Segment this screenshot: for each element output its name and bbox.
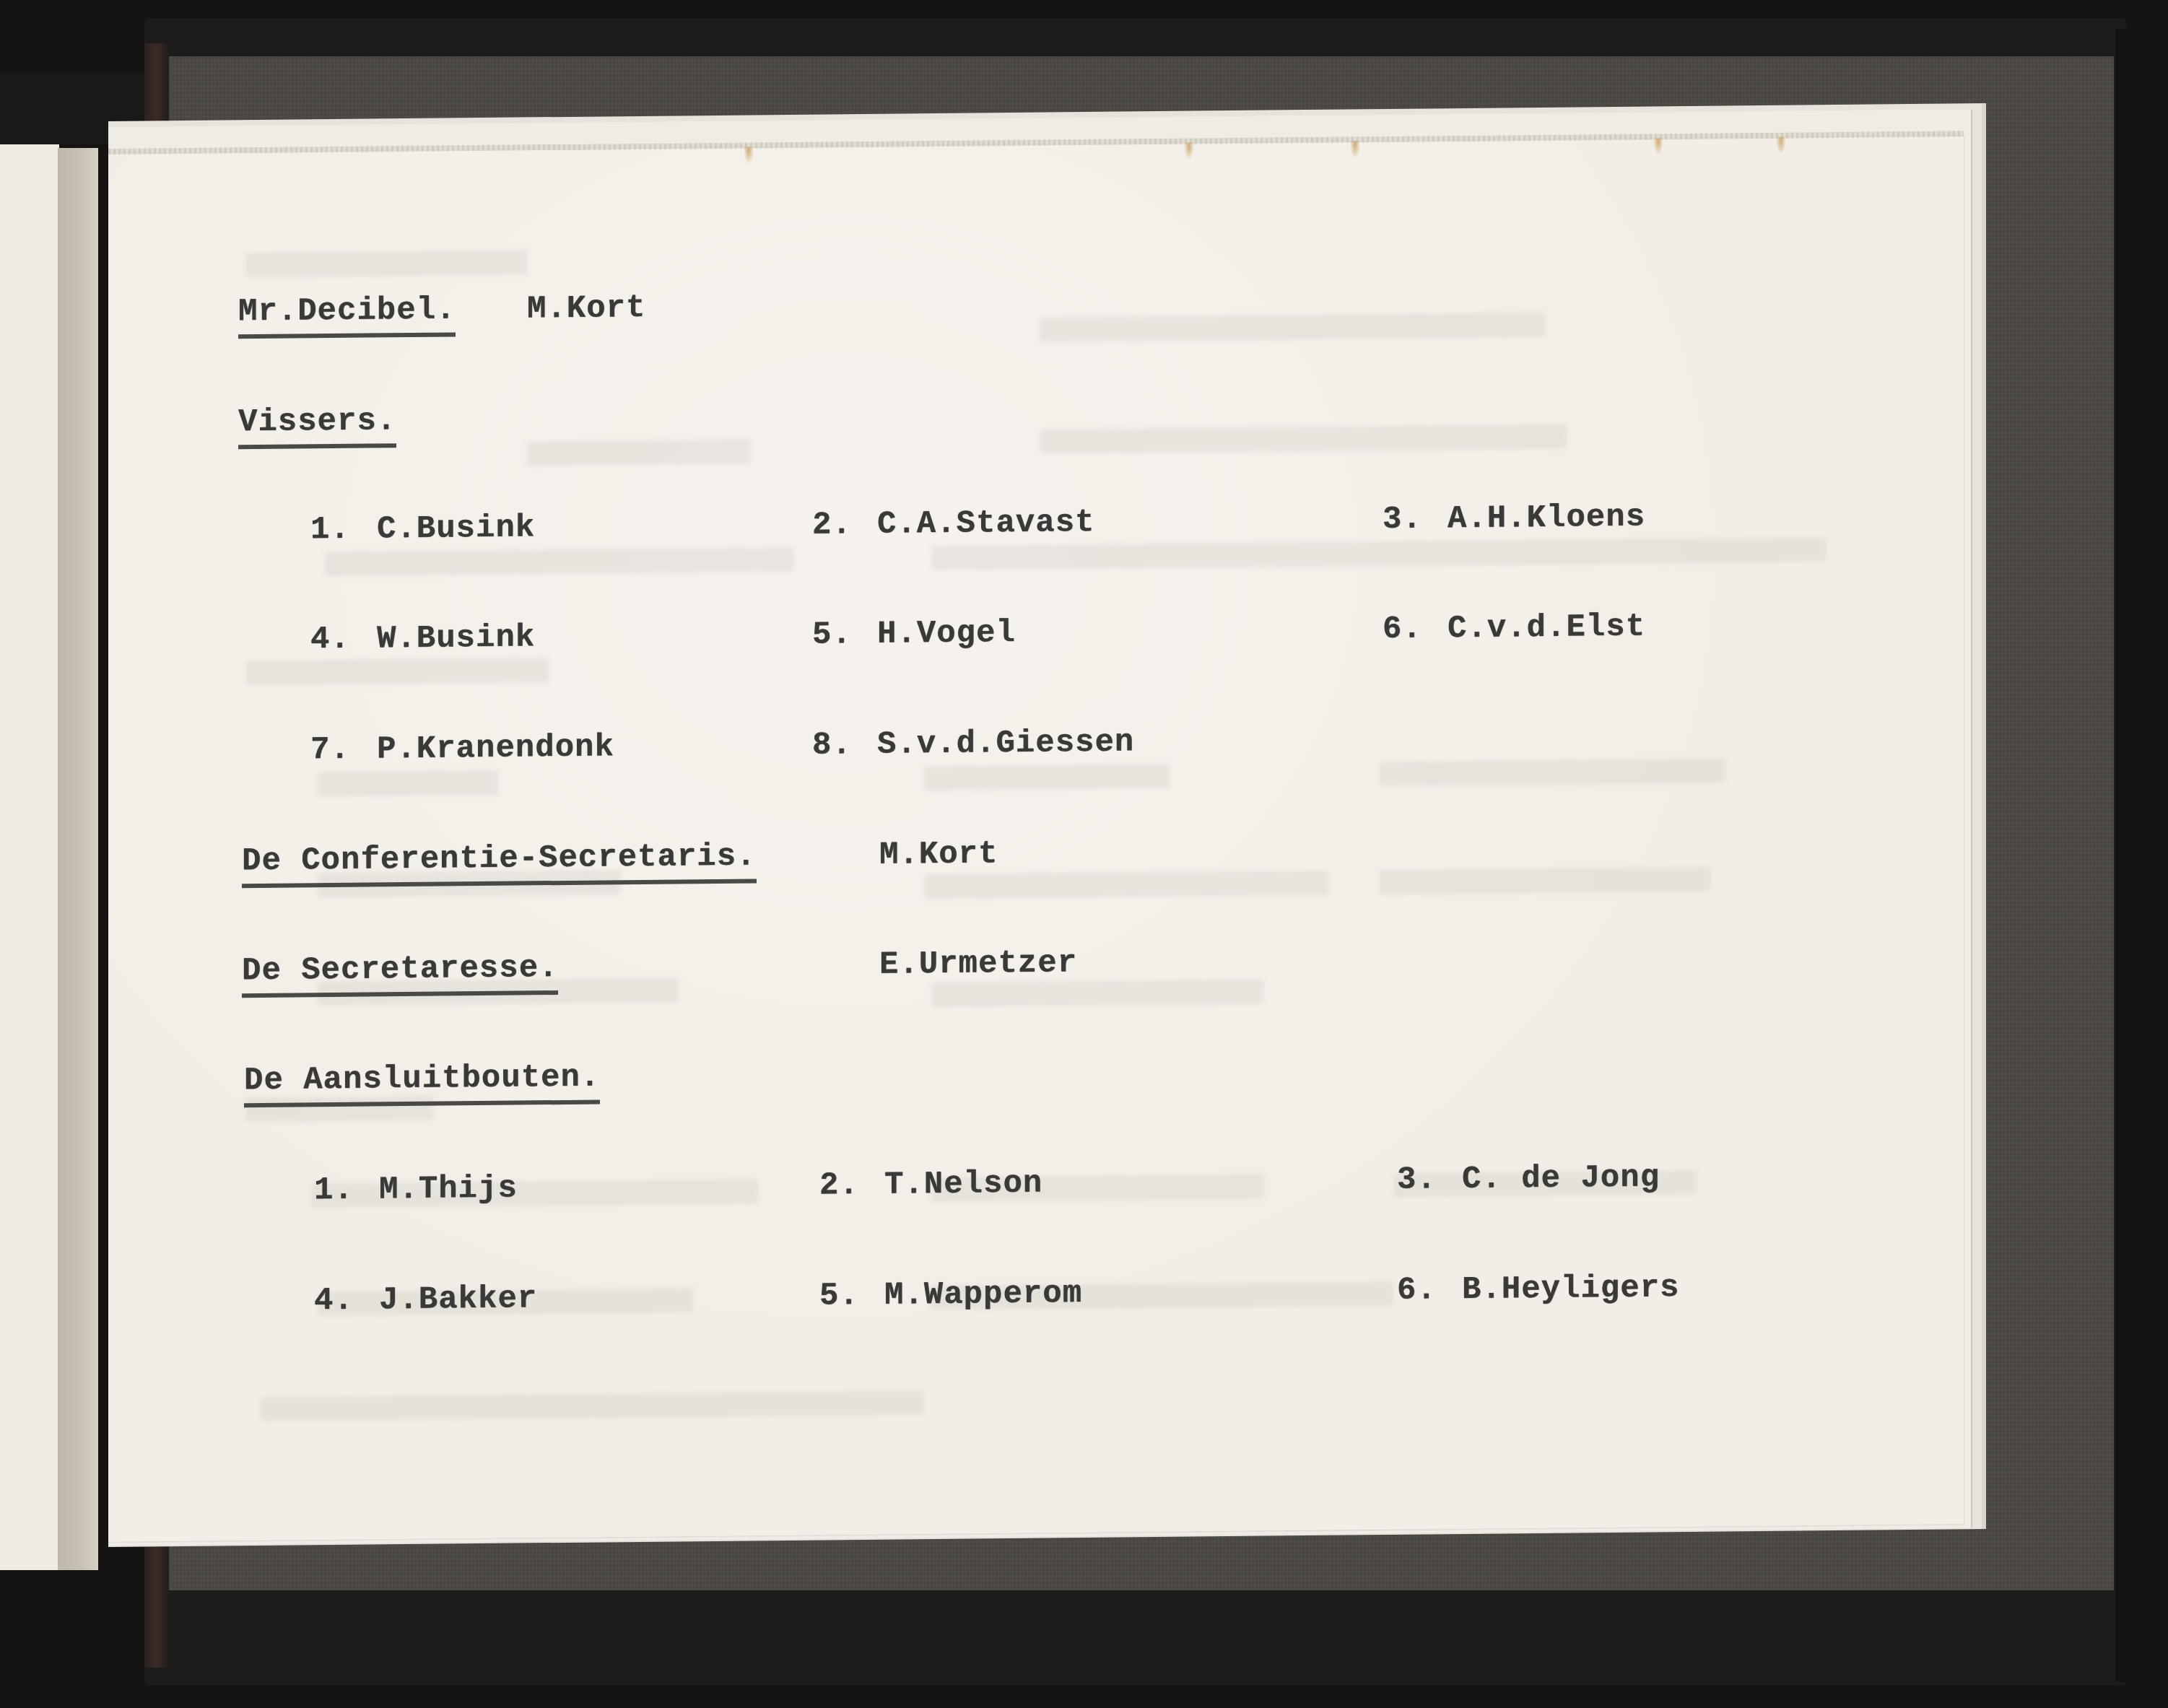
member-name: J.Bakker [379,1281,537,1318]
member-number: 1. [310,512,350,549]
role-value: M.Kort [879,836,998,873]
typed-page: Mr.Decibel. M.Kort Vissers. 1. C.Busink … [108,135,1964,1542]
member-number: 3. [1383,502,1422,539]
member-name: C. de Jong [1462,1159,1660,1198]
member-number: 6. [1397,1272,1437,1309]
member-name: P.Kranendonk [377,729,614,767]
member-number: 2. [819,1167,859,1204]
section-heading-conferentie-secretaris: De Conferentie-Secretaris. [242,838,757,888]
member-name: C.v.d.Elst [1447,609,1645,648]
book-cover-edge [2115,29,2168,1682]
member-name: B.Heyligers [1462,1270,1679,1308]
member-name: W.Busink [377,619,535,657]
member-number: 4. [310,622,350,658]
member-number: 7. [310,732,350,769]
member-number: 8. [812,727,852,764]
member-name: C.Busink [377,510,535,547]
member-number: 5. [819,1278,859,1315]
member-name: H.Vogel [877,615,1016,653]
page-gutter-shadow [58,148,98,1570]
member-number: 3. [1397,1162,1437,1198]
member-name: A.H.Kloens [1447,500,1645,538]
section-heading-secretaresse: De Secretaresse. [242,950,558,998]
member-name: T.Nelson [884,1166,1042,1203]
photographed-book-scene: Mr.Decibel. M.Kort Vissers. 1. C.Busink … [0,0,2168,1708]
member-name: C.A.Stavast [877,505,1094,543]
member-number: 2. [812,507,852,544]
typewritten-cast-list: Mr.Decibel. M.Kort Vissers. 1. C.Busink … [108,135,1964,1542]
section-heading-vissers: Vissers. [238,403,396,449]
role-value: E.Urmetzer [879,945,1077,983]
role-value: M.Kort [527,290,645,328]
member-number: 6. [1383,611,1422,648]
member-name: S.v.d.Giessen [877,724,1134,762]
member-number: 1. [314,1172,354,1209]
member-name: M.Wapperom [884,1276,1082,1314]
section-heading-aansluitbouten: De Aansluitbouten. [244,1059,600,1107]
section-heading-mr-decibel: Mr.Decibel. [238,292,456,339]
member-number: 5. [812,616,852,653]
member-name: M.Thijs [379,1171,518,1208]
facing-page [0,144,59,1570]
member-number: 4. [314,1283,354,1320]
